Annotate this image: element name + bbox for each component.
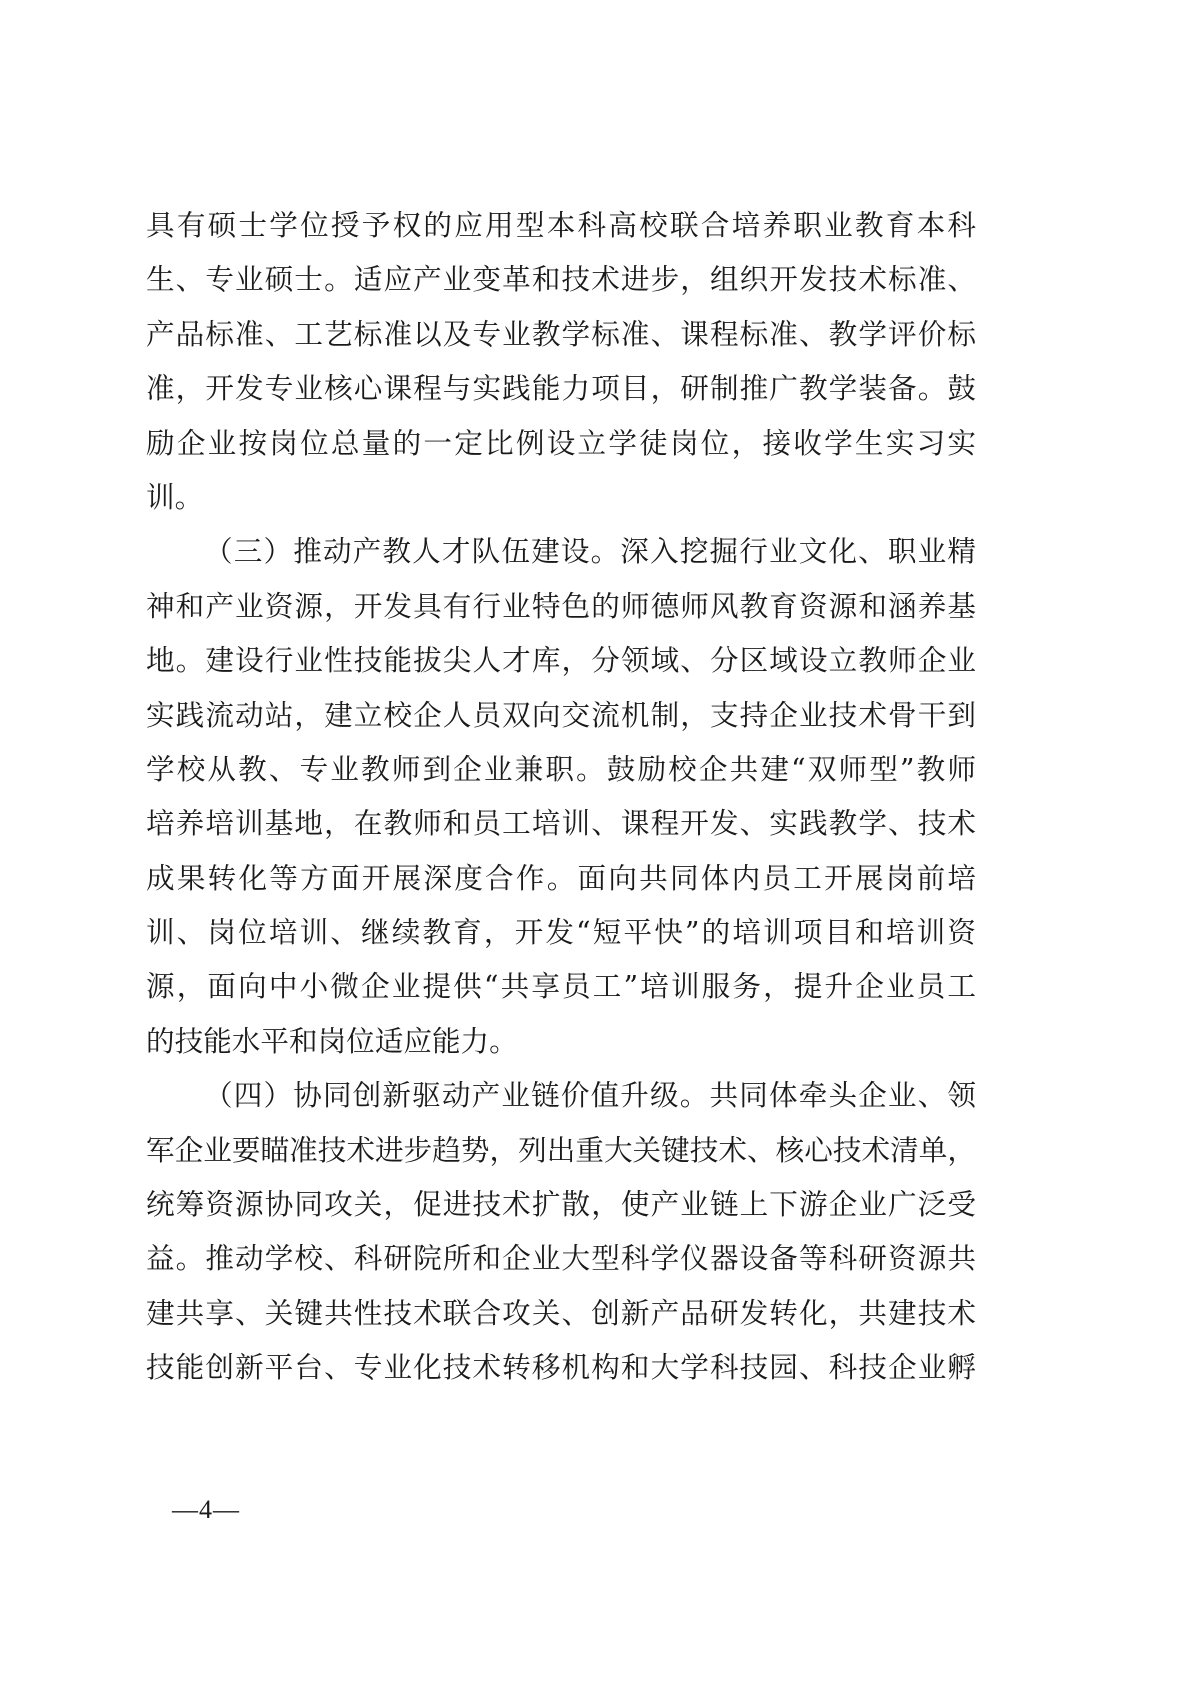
text-line: 成果转化等方面开展深度合作。面向共同体内员工开展岗前培 bbox=[146, 851, 976, 905]
text-line: 神和产业资源，开发具有行业特色的师德师风教育资源和涵养基 bbox=[146, 579, 976, 633]
text-line: 地。建设行业性技能拔尖人才库，分领域、分区域设立教师企业 bbox=[146, 633, 976, 687]
text-line: 的技能水平和岗位适应能力。 bbox=[146, 1014, 976, 1068]
text-line: 源，面向中小微企业提供“共享员工”培训服务，提升企业员工 bbox=[146, 959, 976, 1013]
text-line: 训。 bbox=[146, 470, 976, 524]
text-line: 生、专业硕士。适应产业变革和技术进步，组织开发技术标准、 bbox=[146, 252, 976, 306]
text-line: 产品标准、工艺标准以及专业教学标准、课程标准、教学评价标 bbox=[146, 307, 976, 361]
body-text: 具有硕士学位授予权的应用型本科高校联合培养职业教育本科生、专业硕士。适应产业变革… bbox=[146, 198, 976, 1395]
text-line: 统筹资源协同攻关，促进技术扩散，使产业链上下游企业广泛受 bbox=[146, 1177, 976, 1231]
text-line: 励企业按岗位总量的一定比例设立学徒岗位，接收学生实习实 bbox=[146, 416, 976, 470]
paragraph-heading-line: （三）推动产教人才队伍建设。深入挖掘行业文化、职业精 bbox=[146, 524, 976, 578]
text-line: 建共享、关键共性技术联合攻关、创新产品研发转化，共建技术 bbox=[146, 1286, 976, 1340]
text-line: 实践流动站，建立校企人员双向交流机制，支持企业技术骨干到 bbox=[146, 688, 976, 742]
text-line: 训、岗位培训、继续教育，开发“短平快”的培训项目和培训资 bbox=[146, 905, 976, 959]
text-line: 技能创新平台、专业化技术转移机构和大学科技园、科技企业孵 bbox=[146, 1340, 976, 1394]
paragraph-heading-line: （四）协同创新驱动产业链价值升级。共同体牵头企业、领 bbox=[146, 1068, 976, 1122]
page-number: —4— bbox=[172, 1495, 240, 1525]
text-line: 学校从教、专业教师到企业兼职。鼓励校企共建“双师型”教师 bbox=[146, 742, 976, 796]
text-line: 具有硕士学位授予权的应用型本科高校联合培养职业教育本科 bbox=[146, 198, 976, 252]
text-line: 培养培训基地，在教师和员工培训、课程开发、实践教学、技术 bbox=[146, 796, 976, 850]
text-line: 益。推动学校、科研院所和企业大型科学仪器设备等科研资源共 bbox=[146, 1231, 976, 1285]
text-line: 军企业要瞄准技术进步趋势，列出重大关键技术、核心技术清单， bbox=[146, 1123, 976, 1177]
document-page: 具有硕士学位授予权的应用型本科高校联合培养职业教育本科生、专业硕士。适应产业变革… bbox=[0, 0, 1190, 1683]
text-line: 准，开发专业核心课程与实践能力项目，研制推广教学装备。鼓 bbox=[146, 361, 976, 415]
